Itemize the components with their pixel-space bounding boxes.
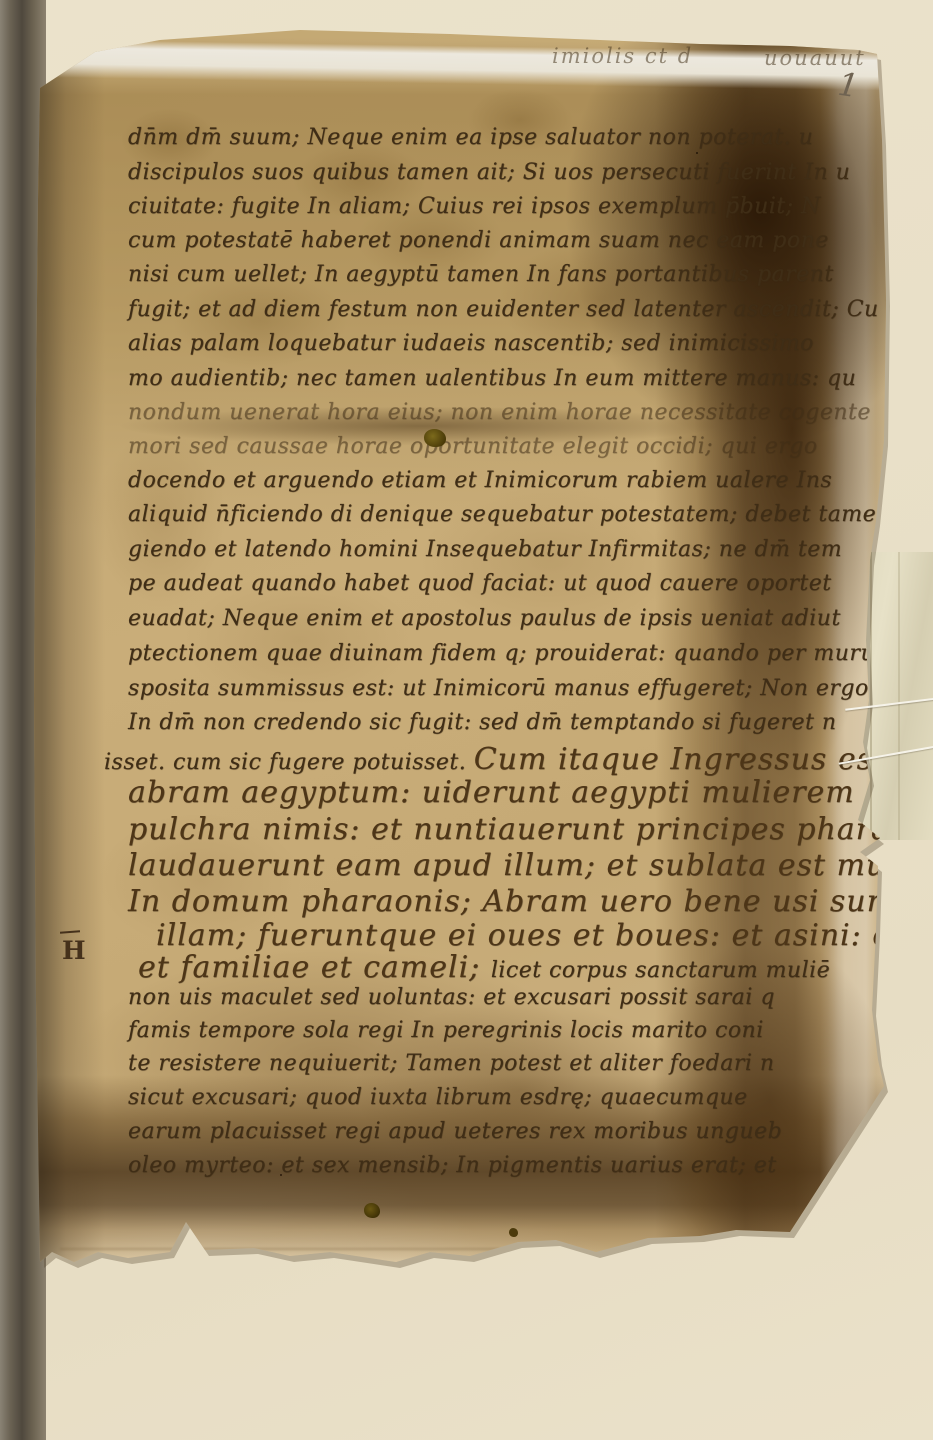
- manuscript-line: mo audientib; nec tamen ualentibus In eu…: [128, 366, 856, 391]
- line-segment: licet corpus sanctarum muliē: [491, 958, 830, 983]
- text-block: dn̄m dm̄ suum; Neque enim ea ipse saluat…: [0, 0, 933, 1440]
- line-segment: ciuitate: fugite In aliam; Cuius rei ips…: [128, 194, 821, 219]
- manuscript-line: giendo et latendo homini Insequebatur In…: [128, 537, 842, 562]
- manuscript-line: isset. cum sic fugere potuisset. Cum ita…: [104, 742, 873, 777]
- line-segment: isset. cum sic fugere potuisset.: [104, 750, 474, 775]
- worm-hole: [366, 1316, 381, 1334]
- manuscript-line: sposita summissus est: ut Inimicorū man…: [128, 676, 869, 701]
- manuscript-line: fugit; et ad diem festum non euidenter s…: [128, 297, 879, 322]
- manuscript-line: pulchra nimis: et nuntiauerunt principes…: [128, 812, 929, 847]
- line-segment: sposita summissus est: ut Inimicorū man…: [128, 676, 869, 701]
- line-segment: mo audientib; nec tamen ualentibus In eu…: [128, 366, 856, 391]
- line-segment: et familiae et cameli;: [138, 950, 491, 985]
- manuscript-line: cum potestatē haberet ponendi animam su…: [128, 228, 829, 253]
- manuscript-line: nisi cum uellet; In aegyptū tamen In fa…: [128, 262, 834, 287]
- manuscript-line: ptectionem quae diuinam fidem q; prouide…: [128, 641, 896, 666]
- line-segment: discipulos suos quibus tamen ait; Si uos…: [128, 160, 850, 185]
- manuscript-line: dn̄m dm̄ suum; Neque enim ea ipse saluat…: [128, 125, 813, 150]
- line-segment: alias palam loquebatur iudaeis nascentib…: [128, 331, 814, 356]
- manuscript-line: euadat; Neque enim et apostolus paulus d…: [128, 606, 841, 631]
- manuscript-line: aliquid n̄ficiendo di denique sequebatur…: [128, 502, 891, 527]
- manuscript-line: et familiae et cameli; licet corpus sanc…: [138, 950, 830, 985]
- manuscript-line: earum placuisset regi apud ueteres rex m…: [128, 1119, 782, 1144]
- line-segment: te resistere nequiuerit; Tamen potest et…: [128, 1051, 775, 1076]
- manuscript-line: discipulos suos quibus tamen ait; Si uos…: [128, 160, 850, 185]
- line-segment: nisi cum uellet; In aegyptū tamen In fa…: [128, 262, 834, 287]
- line-segment: ptectionem quae diuinam fidem q; prouide…: [128, 641, 896, 666]
- line-segment: laudauerunt eam apud illum; et sublata e…: [128, 848, 897, 883]
- line-segment: dn̄m dm̄ suum; Neque enim ea ipse saluat…: [128, 125, 813, 150]
- manuscript-line: oleo myrteo: et sex mensib; In pigmentis…: [128, 1153, 777, 1178]
- manuscript-line: famis tempore sola regi In peregrinis lo…: [128, 1018, 764, 1043]
- line-segment: mori sed caussae horae oportunitate eleg…: [128, 434, 818, 459]
- line-segment: earum placuisset regi apud ueteres rex m…: [128, 1119, 782, 1144]
- line-segment: illam; fueruntque ei oues et boues: et a…: [156, 918, 933, 953]
- line-segment: aliquid n̄ficiendo di denique sequebatur…: [128, 502, 891, 527]
- manuscript-line: nondum uenerat hora eius; non enim horae…: [128, 400, 871, 425]
- line-segment: Cum itaque Ingressus es: [474, 742, 873, 777]
- worm-hole: [424, 429, 446, 447]
- line-segment: docendo et arguendo etiam et Inimicorum …: [128, 468, 832, 493]
- line-segment: In domum pharaonis; Abram uero bene usi …: [128, 884, 931, 919]
- manuscript-line: pe audeat quando habet quod faciat: ut q…: [128, 571, 832, 596]
- ink-blot-cluster: [148, 1286, 154, 1292]
- manuscript-line: alias palam loquebatur iudaeis nascentib…: [128, 331, 814, 356]
- manuscript-photo: { "document": { "folio_number": "1", "ma…: [0, 0, 933, 1440]
- manuscript-line: mori sed caussae horae oportunitate eleg…: [128, 434, 818, 459]
- line-segment: pulchra nimis: et nuntiauerunt principes…: [128, 812, 929, 847]
- line-segment: oleo myrteo: et sex mensib; In pigmentis…: [128, 1153, 777, 1178]
- manuscript-line: te resistere nequiuerit; Tamen potest et…: [128, 1051, 775, 1076]
- line-segment: nondum uenerat hora eius; non enim horae…: [128, 400, 871, 425]
- manuscript-page: imiolis ct d uouauut 1 H dn̄m dm̄ suum; …: [0, 0, 933, 1440]
- line-segment: In dm̄ non credendo sic fugit: sed dm̄ t…: [128, 710, 836, 735]
- crease-line: [60, 1248, 500, 1250]
- line-segment: giendo et latendo homini Insequebatur In…: [128, 537, 842, 562]
- line-segment: euadat; Neque enim et apostolus paulus d…: [128, 606, 841, 631]
- line-segment: non uis maculet sed uoluntas: et excusar…: [128, 985, 775, 1010]
- line-segment: fugit; et ad diem festum non euidenter s…: [128, 297, 879, 322]
- manuscript-line: non uis maculet sed uoluntas: et excusar…: [128, 985, 775, 1010]
- manuscript-line: ciuitate: fugite In aliam; Cuius rei ips…: [128, 194, 821, 219]
- line-segment: sicut excusari; quod iuxta librum esdrę;…: [128, 1085, 748, 1110]
- line-segment: abram aegyptum: uiderunt aegypti muliere…: [128, 775, 933, 810]
- manuscript-line: sicut excusari; quod iuxta librum esdrę;…: [128, 1085, 748, 1110]
- worm-hole: [509, 1228, 518, 1237]
- line-segment: cum potestatē haberet ponendi animam su…: [128, 228, 829, 253]
- manuscript-line: abram aegyptum: uiderunt aegypti muliere…: [128, 775, 933, 810]
- backing-fold-line: [898, 552, 900, 840]
- manuscript-line: illam; fueruntque ei oues et boues: et a…: [156, 918, 933, 953]
- manuscript-line: laudauerunt eam apud illum; et sublata e…: [128, 848, 897, 883]
- manuscript-line: In dm̄ non credendo sic fugit: sed dm̄ t…: [128, 710, 836, 735]
- line-segment: famis tempore sola regi In peregrinis lo…: [128, 1018, 764, 1043]
- manuscript-line: In domum pharaonis; Abram uero bene usi …: [128, 884, 931, 919]
- worm-hole: [364, 1203, 380, 1218]
- line-segment: pe audeat quando habet quod faciat: ut q…: [128, 571, 832, 596]
- manuscript-line: docendo et arguendo etiam et Inimicorum …: [128, 468, 832, 493]
